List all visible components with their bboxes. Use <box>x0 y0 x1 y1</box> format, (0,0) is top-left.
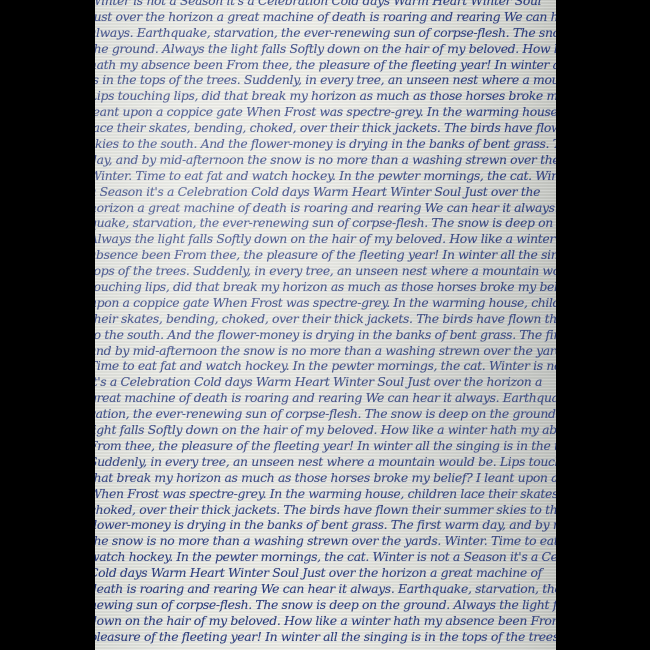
script-line: the snow is no more than a washing strew… <box>95 533 556 549</box>
script-line: death is roaring and rearing We can hear… <box>95 581 556 597</box>
script-line: choked, over their thick jackets. The bi… <box>95 502 556 518</box>
script-line: and by mid-afternoon the snow is no more… <box>95 343 556 359</box>
script-line: Time to eat fat and watch hockey. In the… <box>95 358 556 374</box>
script-line: always. Earthquake, starvation, the ever… <box>95 25 556 41</box>
script-text-block: Winter is not a Season it's a Celebratio… <box>95 0 556 645</box>
script-line: pleasure of the fleeting year! In winter… <box>95 629 556 645</box>
script-line: hath my absence been From thee, the plea… <box>95 57 556 73</box>
script-line: Cold days Warm Heart Winter Soul Just ov… <box>95 565 556 581</box>
script-line: quake, starvation, the ever-renewing sun… <box>95 215 556 231</box>
photo-frame: Winter is not a Season it's a Celebratio… <box>0 0 650 650</box>
script-line: vation, the ever-renewing sun of corpse-… <box>95 406 556 422</box>
script-line: great machine of death is roaring and re… <box>95 390 556 406</box>
script-line: touching lips, did that break my horizon… <box>95 279 556 295</box>
script-line: newing sun of corpse-flesh. The snow is … <box>95 597 556 613</box>
script-line: is in the tops of the trees. Suddenly, i… <box>95 72 556 88</box>
script-line: that break my horizon as much as those h… <box>95 470 556 486</box>
script-line: watch hockey. In the pewter mornings, th… <box>95 549 556 565</box>
script-line: a Season it's a Celebration Cold days Wa… <box>95 184 556 200</box>
script-line: Winter is not a Season it's a Celebratio… <box>95 0 556 9</box>
script-line: their skates, bending, choked, over thei… <box>95 311 556 327</box>
script-line: Just over the horizon a great machine of… <box>95 9 556 25</box>
script-line: it's a Celebration Cold days Warm Heart … <box>95 374 556 390</box>
script-line: leant upon a coppice gate When Frost was… <box>95 104 556 120</box>
script-line: From thee, the pleasure of the fleeting … <box>95 438 556 454</box>
script-line: Always the light falls Softly down on th… <box>95 231 556 247</box>
script-line: skies to the south. And the flower-money… <box>95 136 556 152</box>
script-line: tops of the trees. Suddenly, in every tr… <box>95 263 556 279</box>
script-line: Winter. Time to eat fat and watch hockey… <box>95 168 556 184</box>
script-line: the ground. Always the light falls Softl… <box>95 41 556 57</box>
script-line: upon a coppice gate When Frost was spect… <box>95 295 556 311</box>
script-line: to the south. And the flower-money is dr… <box>95 327 556 343</box>
script-line: day, and by mid-afternoon the snow is no… <box>95 152 556 168</box>
script-line: horizon a great machine of death is roar… <box>95 200 556 216</box>
script-line: absence been From thee, the pleasure of … <box>95 247 556 263</box>
script-line: lace their skates, bending, choked, over… <box>95 120 556 136</box>
script-line: down on the hair of my beloved. How like… <box>95 613 556 629</box>
script-line: flower-money is drying in the banks of b… <box>95 517 556 533</box>
printed-fabric: Winter is not a Season it's a Celebratio… <box>95 0 556 650</box>
script-line: When Frost was spectre-grey. In the warm… <box>95 486 556 502</box>
script-line: Lips touching lips, did that break my ho… <box>95 88 556 104</box>
script-line: Suddenly, in every tree, an unseen nest … <box>95 454 556 470</box>
script-line: light falls Softly down on the hair of m… <box>95 422 556 438</box>
